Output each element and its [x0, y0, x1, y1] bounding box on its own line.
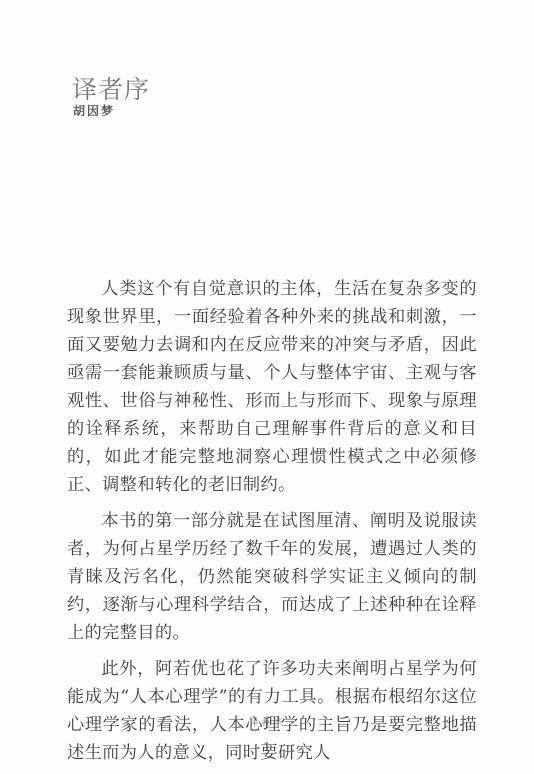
page-number: 1 [0, 740, 534, 754]
page-title: 译者序 [72, 70, 150, 106]
paragraph: 本书的第一部分就是在试图厘清、阐明及说服读者，为何占星学历经了数千年的发展，遭遇… [67, 507, 477, 647]
running-footer-title: 译者序 [0, 715, 534, 728]
author-name: 胡因梦 [73, 102, 115, 119]
paragraph: 人类这个有自觉意识的主体，生活在复杂多变的现象世界里，一面经验着各种外来的挑战和… [67, 275, 477, 499]
body-text: 人类这个有自觉意识的主体，生活在复杂多变的现象世界里，一面经验着各种外来的挑战和… [67, 275, 477, 774]
